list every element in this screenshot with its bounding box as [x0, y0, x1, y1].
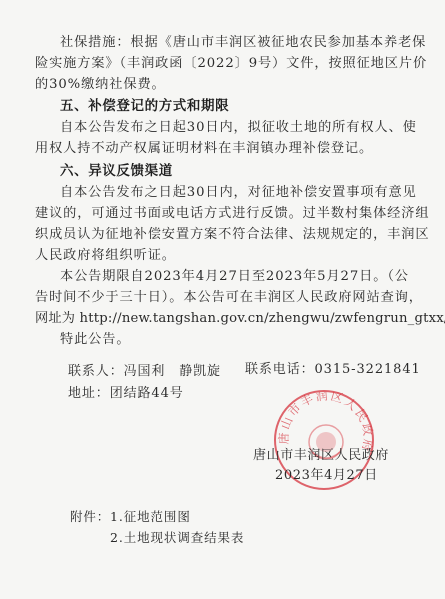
section6-line-3: 织成员认为征地补偿安置方案不符合法律、法规规定的，丰润区 [35, 227, 395, 243]
document-page: 社保措施：根据《唐山市丰润区被征地农民参加基本养老保 险实施方案》（丰润政函〔2… [0, 0, 445, 599]
section5-line-1: 自本公告发布之日起30日内，拟征收土地的所有权人、使 [60, 120, 395, 136]
attachments-label: 附件： [70, 509, 110, 525]
section6-line-2: 建议的，可通过书面或电话方式进行反馈。过半数村集体经济组 [35, 206, 395, 222]
issuer-name: 唐山市丰润区人民政府 [253, 448, 389, 464]
section5-line-2: 用权人持不动产权属证明材料在丰润镇办理补偿登记。 [35, 141, 395, 157]
attachment-item-2[interactable]: 2.土地现状调查结果表 [110, 530, 244, 546]
social-security-line-1: 社保措施：根据《唐山市丰润区被征地农民参加基本养老保 [60, 35, 395, 51]
contact-address: 地址：团结路44号 [68, 386, 184, 402]
issue-date: 2023年4月27日 [275, 468, 378, 484]
period-line-2: 告时间不少于三十日）。本公告可在丰润区人民政府网站查询， [35, 290, 395, 306]
period-line-3-url[interactable]: 网址为 http://new.tangshan.gov.cn/zhengwu/z… [35, 311, 395, 327]
social-security-line-3: 的30%缴纳社保费。 [35, 77, 395, 93]
section6-heading: 六、异议反馈渠道 [60, 163, 173, 179]
section6-line-4: 人民政府将组织听证。 [35, 248, 395, 264]
period-line-1: 本公告期限自2023年4月27日至2023年5月27日。（公 [60, 269, 395, 285]
closing-text: 特此公告。 [60, 332, 395, 348]
contact-person: 联系人：冯国利 静凯旋 [68, 364, 221, 380]
section5-heading: 五、补偿登记的方式和期限 [60, 98, 229, 114]
section6-line-1: 自本公告发布之日起30日内，对征地补偿安置事项有意见 [60, 185, 395, 201]
social-security-line-2: 险实施方案》（丰润政函〔2022〕9号）文件，按照征地区片价 [35, 56, 395, 72]
attachment-item-1[interactable]: 1.征地范围图 [110, 509, 191, 525]
contact-phone: 联系电话：0315-3221841 [245, 362, 421, 378]
